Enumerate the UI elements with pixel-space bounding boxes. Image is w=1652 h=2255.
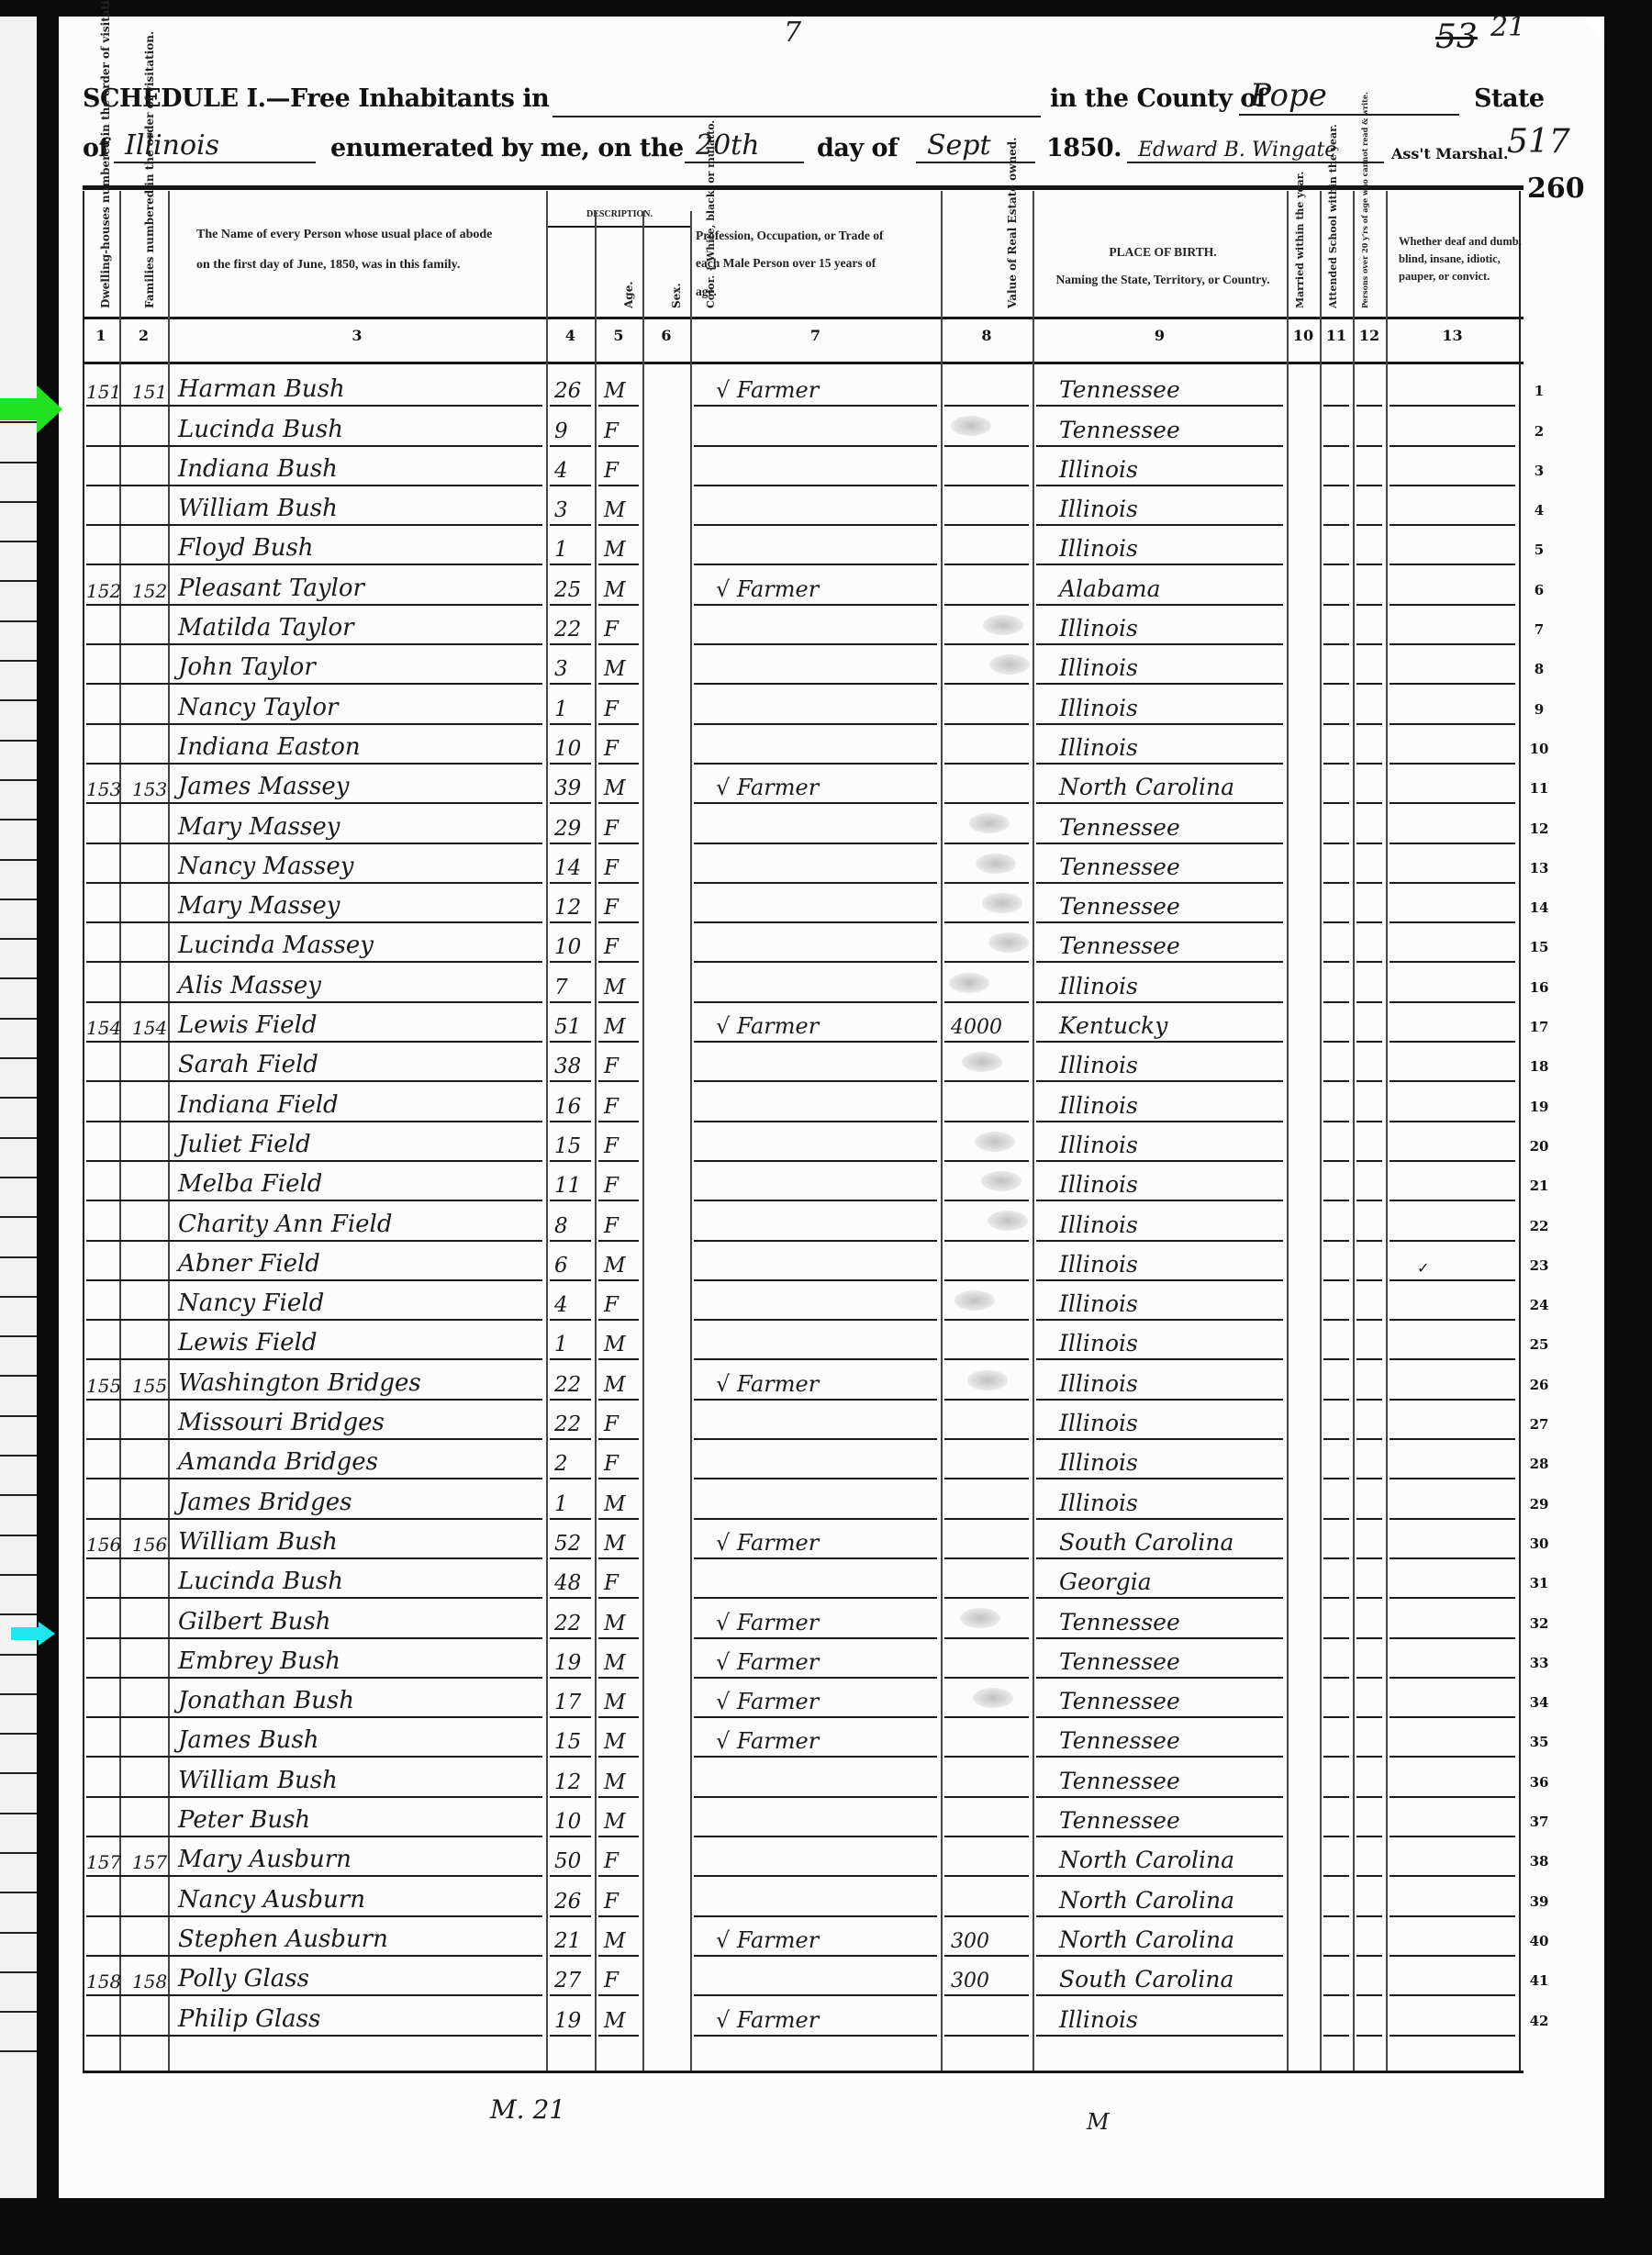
person-sex: F: [604, 935, 619, 959]
person-name: Abner Field: [178, 1250, 320, 1278]
census-row: Stephen Ausburn21M√ Farmer300North Carol…: [59, 1917, 1604, 1957]
birthplace: Illinois: [1059, 654, 1138, 681]
census-row: Embrey Bush19M√ FarmerTennessee33: [59, 1639, 1604, 1679]
person-name: Nancy Massey: [178, 853, 353, 880]
family-number: 158: [132, 1970, 167, 1993]
day-field: 20th: [685, 130, 804, 163]
person-sex: F: [604, 698, 619, 721]
family-number: 154: [132, 1017, 167, 1039]
family-number: 153: [132, 778, 167, 800]
census-row: 151151Harman Bush26M√ FarmerTennessee1: [59, 367, 1604, 407]
line-number: 15: [1525, 939, 1553, 955]
census-row: Nancy Taylor1FIllinois9: [59, 685, 1604, 724]
binding-line: [0, 662, 37, 701]
binding-line: [0, 821, 37, 860]
birthplace: Illinois: [1059, 615, 1138, 642]
scan-smudge: [949, 973, 989, 993]
person-sex: M: [604, 1691, 626, 1714]
scan-smudge: [960, 1608, 1000, 1628]
person-name: William Bush: [178, 1767, 338, 1794]
birthplace: Tennessee: [1059, 1609, 1180, 1635]
col-name-header: The Name of every Person whose usual pla…: [196, 220, 508, 281]
family-number: 151: [132, 381, 167, 403]
census-row: Lucinda Bush9FTennessee2: [59, 407, 1604, 446]
binding-line: [0, 1735, 37, 1774]
census-row: Lewis Field1MIllinois25: [59, 1321, 1604, 1360]
person-age: 51: [554, 1015, 581, 1039]
column-number: 9: [1032, 327, 1287, 344]
binding-line: [0, 503, 37, 542]
person-sex: M: [604, 976, 626, 999]
person-sex: M: [604, 1492, 626, 1516]
person-age: 1: [554, 1492, 568, 1516]
person-age: 3: [554, 498, 568, 522]
bottom-right-mark: M: [1087, 2109, 1110, 2135]
census-row: 152152Pleasant Taylor25M√ FarmerAlabama6: [59, 566, 1604, 606]
birthplace: Tennessee: [1059, 1648, 1180, 1675]
person-age: 9: [554, 419, 568, 443]
census-row: Melba Field11FIllinois21: [59, 1162, 1604, 1201]
census-row: Gilbert Bush22M√ FarmerTennessee32: [59, 1599, 1604, 1638]
person-name: James Massey: [178, 773, 349, 800]
scan-border-right: [1604, 0, 1652, 2255]
scan-border-bottom: [0, 2198, 1652, 2255]
family-number: 157: [132, 1851, 167, 1873]
column-number: 4: [546, 327, 595, 344]
person-sex: F: [604, 1849, 619, 1873]
binding-line: [0, 1337, 37, 1377]
census-row: Missouri Bridges22FIllinois27: [59, 1401, 1604, 1440]
line-number: 28: [1525, 1456, 1553, 1472]
birthplace: Tennessee: [1059, 1807, 1180, 1834]
census-row: Sarah Field38FIllinois18: [59, 1043, 1604, 1082]
census-row: William Bush12MTennessee36: [59, 1758, 1604, 1798]
census-row: Jonathan Bush17M√ FarmerTennessee34: [59, 1679, 1604, 1718]
binding-line: [0, 1854, 37, 1893]
person-name: Polly Glass: [178, 1965, 309, 1993]
column-number: 7: [690, 327, 941, 344]
census-row: Mary Massey12FTennessee14: [59, 884, 1604, 923]
binding-line: [0, 1377, 37, 1416]
binding-line: [0, 1298, 37, 1337]
person-sex: M: [604, 1333, 626, 1356]
scan-smudge: [983, 615, 1023, 635]
row-rule: [944, 2035, 1029, 2037]
line-number: 31: [1525, 1575, 1553, 1591]
person-sex: M: [604, 1612, 626, 1635]
person-sex: F: [604, 1969, 619, 1993]
birthplace: Tennessee: [1059, 893, 1180, 920]
year-label: 1850.: [1046, 134, 1122, 162]
binding-line: [0, 1973, 37, 2013]
person-name: Indiana Field: [178, 1091, 339, 1119]
person-age: 1: [554, 538, 568, 562]
binding-line: [0, 1178, 37, 1218]
binding-line: [0, 1020, 37, 1059]
person-age: 16: [554, 1095, 581, 1119]
birthplace: Illinois: [1059, 1449, 1138, 1476]
binding-line: [0, 1814, 37, 1854]
column-number: 2: [119, 327, 168, 344]
line-number: 6: [1525, 582, 1553, 598]
stamp-number: 260: [1527, 173, 1585, 205]
person-occupation: √ Farmer: [716, 2007, 819, 2033]
person-sex: M: [604, 498, 626, 522]
birthplace: Illinois: [1059, 1290, 1138, 1317]
census-row: Mary Massey29FTennessee12: [59, 804, 1604, 843]
line-number: 22: [1525, 1218, 1553, 1234]
person-sex: M: [604, 1810, 626, 1834]
person-sex: F: [604, 618, 619, 642]
dwelling-number: 151: [86, 381, 121, 403]
column-number: 11: [1320, 327, 1353, 344]
line-number: 12: [1525, 821, 1553, 837]
census-row: 153153James Massey39M√ FarmerNorth Carol…: [59, 765, 1604, 804]
binding-line: [0, 1893, 37, 1933]
line-number: 23: [1525, 1257, 1553, 1274]
person-sex: F: [604, 1214, 619, 1238]
binding-line: [0, 861, 37, 900]
line-number: 19: [1525, 1099, 1553, 1115]
person-sex: M: [604, 2009, 626, 2033]
person-age: 15: [554, 1134, 581, 1158]
birthplace: Illinois: [1059, 535, 1138, 562]
scan-smudge: [967, 1370, 1008, 1390]
birthplace: Tennessee: [1059, 417, 1180, 443]
binding-line: [0, 1457, 37, 1496]
person-name: Gilbert Bush: [178, 1608, 331, 1635]
binding-line: [0, 1258, 37, 1298]
real-estate-value: 300: [951, 1970, 989, 1993]
dwelling-number: 156: [86, 1534, 121, 1556]
county-field: Pope: [1239, 83, 1459, 116]
birthplace: Tennessee: [1059, 932, 1180, 959]
birthplace: Illinois: [1059, 1410, 1138, 1436]
line-number: 7: [1525, 621, 1553, 638]
state-value: Illinois: [125, 129, 219, 162]
corner-page-number: 21: [1490, 11, 1525, 43]
bottom-note: M. 21: [490, 2094, 565, 2125]
person-age: 14: [554, 856, 581, 880]
person-age: 4: [554, 459, 568, 483]
person-sex: M: [604, 1770, 626, 1794]
person-name: James Bush: [178, 1726, 319, 1754]
person-occupation: √ Farmer: [716, 1728, 819, 1754]
binding-line: [0, 1139, 37, 1178]
person-name: Floyd Bush: [178, 534, 314, 562]
binding-line: [0, 1496, 37, 1535]
person-name: Peter Bush: [178, 1806, 310, 1834]
line-number: 40: [1525, 1933, 1553, 1949]
census-row: 155155Washington Bridges22M√ FarmerIllin…: [59, 1361, 1604, 1401]
person-name: Charity Ann Field: [178, 1211, 393, 1238]
binding-line: [0, 1774, 37, 1814]
row-rule: [1323, 2035, 1349, 2037]
person-name: Nancy Taylor: [178, 694, 338, 721]
scan-smudge: [988, 932, 1029, 953]
person-occupation: √ Farmer: [716, 1530, 819, 1556]
scan-smudge: [969, 813, 1010, 833]
county-label: in the County of: [1050, 84, 1267, 113]
person-sex: M: [604, 657, 626, 681]
person-sex: M: [604, 578, 626, 602]
person-age: 8: [554, 1214, 568, 1238]
person-sex: M: [604, 1373, 626, 1397]
scan-smudge: [976, 854, 1016, 874]
person-age: 22: [554, 1412, 581, 1436]
dwelling-number: 153: [86, 778, 121, 800]
census-row: John Taylor3MIllinois8: [59, 645, 1604, 685]
person-age: 22: [554, 1612, 581, 1635]
person-name: Lucinda Massey: [178, 932, 374, 959]
col-condition-header: Whether deaf and dumb, blind, insane, id…: [1399, 233, 1523, 285]
line-number: 17: [1525, 1019, 1553, 1035]
census-row: Indiana Bush4FIllinois3: [59, 447, 1604, 486]
person-name: John Taylor: [178, 653, 316, 681]
person-occupation: √ Farmer: [716, 377, 819, 403]
birthplace: North Carolina: [1059, 774, 1234, 800]
person-name: Sarah Field: [178, 1051, 318, 1078]
line-number: 34: [1525, 1694, 1553, 1711]
person-age: 27: [554, 1969, 581, 1993]
binding-line: [0, 1099, 37, 1138]
birthplace: Tennessee: [1059, 1688, 1180, 1714]
person-age: 4: [554, 1293, 568, 1317]
census-row: Lucinda Massey10FTennessee15: [59, 923, 1604, 963]
person-sex: F: [604, 1571, 619, 1595]
column-number-rule: [83, 362, 1524, 364]
person-sex: F: [604, 1095, 619, 1119]
description-rule: [546, 226, 691, 228]
real-estate-value: 300: [951, 1930, 989, 1953]
birthplace: Illinois: [1059, 2006, 1138, 2033]
line-number: 9: [1525, 701, 1553, 718]
dwelling-number: 155: [86, 1375, 121, 1397]
person-sex: F: [604, 419, 619, 443]
line-number: 8: [1525, 661, 1553, 677]
margin-page-number: 517: [1507, 123, 1570, 161]
person-name: Lucinda Bush: [178, 416, 343, 443]
binding-line: [0, 463, 37, 503]
person-age: 3: [554, 657, 568, 681]
column-number: 8: [941, 327, 1032, 344]
column-number: 1: [83, 327, 119, 344]
person-name: Amanda Bridges: [178, 1448, 378, 1476]
dwelling-number: 157: [86, 1851, 121, 1873]
census-row: Matilda Taylor22FIllinois7: [59, 606, 1604, 645]
birthplace: Tennessee: [1059, 376, 1180, 403]
column-number: 5: [595, 327, 642, 344]
county-value: Pope: [1250, 77, 1327, 114]
col-sex-header: Sex.: [670, 283, 684, 308]
person-name: Nancy Field: [178, 1289, 324, 1317]
person-sex: F: [604, 896, 619, 920]
binding-line: [0, 979, 37, 1019]
birthplace: Illinois: [1059, 1052, 1138, 1078]
census-row: Lucinda Bush48FGeorgia31: [59, 1559, 1604, 1599]
header-rule: [83, 185, 1524, 190]
enumerated-label: enumerated by me, on the: [330, 134, 684, 162]
person-name: Jonathan Bush: [178, 1687, 354, 1714]
binding-line: [0, 900, 37, 940]
person-sex: M: [604, 538, 626, 562]
person-sex: M: [604, 1254, 626, 1278]
person-sex: F: [604, 1452, 619, 1476]
person-age: 39: [554, 776, 581, 800]
person-age: 12: [554, 1770, 581, 1794]
census-row: Indiana Field16FIllinois19: [59, 1082, 1604, 1122]
header-bottom-rule: [83, 317, 1524, 319]
person-age: 29: [554, 817, 581, 841]
line-number: 18: [1525, 1058, 1553, 1075]
binding-line: [0, 2013, 37, 2052]
birthplace: Illinois: [1059, 1211, 1138, 1238]
census-row: Charity Ann Field8FIllinois22: [59, 1201, 1604, 1241]
binding-line: [0, 781, 37, 821]
person-name: Stephen Ausburn: [178, 1926, 388, 1953]
person-age: 10: [554, 1810, 581, 1834]
person-age: 1: [554, 1333, 568, 1356]
person-occupation: √ Farmer: [716, 1013, 819, 1039]
scan-smudge: [954, 1290, 995, 1311]
person-age: 26: [554, 1890, 581, 1914]
birthplace: Illinois: [1059, 1251, 1138, 1278]
line-number: 27: [1525, 1416, 1553, 1433]
census-row: Nancy Massey14FTennessee13: [59, 844, 1604, 884]
dwelling-number: 152: [86, 580, 121, 602]
person-name: Pleasant Taylor: [178, 575, 364, 602]
line-number: 14: [1525, 899, 1553, 916]
scan-smudge: [988, 1211, 1028, 1231]
scan-smudge: [975, 1132, 1015, 1152]
person-age: 22: [554, 618, 581, 642]
person-age: 22: [554, 1373, 581, 1397]
birthplace: Illinois: [1059, 973, 1138, 999]
state-label: State: [1474, 84, 1545, 113]
birthplace: Illinois: [1059, 1092, 1138, 1119]
census-row: 158158Polly Glass27F300South Carolina41: [59, 1957, 1604, 1996]
struck-page-number: 53: [1435, 18, 1478, 56]
family-number: 152: [132, 580, 167, 602]
person-name: Philip Glass: [178, 2005, 320, 2033]
binding-bar: [37, 17, 59, 2201]
binding-ruled-lines: [0, 384, 37, 2052]
binding-line: [0, 1934, 37, 1973]
person-occupation: √ Farmer: [716, 1927, 819, 1953]
binding-line: [0, 582, 37, 621]
birthplace: Tennessee: [1059, 1727, 1180, 1754]
birthplace: Georgia: [1059, 1568, 1152, 1595]
binding-line: [0, 1656, 37, 1695]
person-sex: F: [604, 1412, 619, 1436]
person-age: 17: [554, 1691, 581, 1714]
condition-check: ✓: [1417, 1259, 1429, 1278]
marshal-signature: Edward B. Wingate: [1138, 139, 1336, 162]
person-age: 21: [554, 1929, 581, 1953]
person-name: Lucinda Bush: [178, 1568, 343, 1595]
cyan-arrow-icon: [11, 1622, 57, 1646]
line-number: 11: [1525, 780, 1553, 797]
binding-line: [0, 940, 37, 979]
person-name: Indiana Bush: [178, 455, 338, 483]
census-row: Juliet Field15FIllinois20: [59, 1122, 1604, 1162]
person-name: Missouri Bridges: [178, 1409, 385, 1436]
person-age: 7: [554, 976, 568, 999]
census-row: James Bush15M√ FarmerTennessee35: [59, 1718, 1604, 1758]
person-age: 48: [554, 1571, 581, 1595]
birthplace-subtitle: Naming the State, Territory, or Country.: [1039, 266, 1287, 294]
birthplace: Illinois: [1059, 1490, 1138, 1516]
col-married-header: Married within the year.: [1294, 203, 1307, 308]
scan-smudge: [962, 1052, 1002, 1072]
person-name: Alis Massey: [178, 972, 321, 999]
census-row: Philip Glass19M√ FarmerIllinois42: [59, 1996, 1604, 2036]
birthplace: Illinois: [1059, 1370, 1138, 1397]
person-age: 11: [554, 1174, 581, 1198]
birthplace: Tennessee: [1059, 814, 1180, 841]
person-age: 10: [554, 737, 581, 761]
person-name: Matilda Taylor: [178, 614, 354, 642]
birthplace: Illinois: [1059, 456, 1138, 483]
person-name: William Bush: [178, 495, 338, 522]
birthplace: Illinois: [1059, 734, 1138, 761]
person-sex: M: [604, 1532, 626, 1556]
census-row: Abner Field6MIllinois✓23: [59, 1242, 1604, 1281]
birthplace: Kentucky: [1059, 1012, 1167, 1039]
census-row: William Bush3MIllinois4: [59, 486, 1604, 526]
family-number: 156: [132, 1534, 167, 1556]
month-value: Sept: [927, 129, 991, 162]
person-name: Lewis Field: [178, 1329, 318, 1356]
person-sex: F: [604, 1055, 619, 1078]
binding-line: [0, 701, 37, 741]
person-occupation: √ Farmer: [716, 1689, 819, 1714]
birthplace: Tennessee: [1059, 854, 1180, 880]
line-number: 21: [1525, 1178, 1553, 1194]
birthplace: South Carolina: [1059, 1966, 1233, 1993]
person-name: Indiana Easton: [178, 733, 361, 761]
row-rule: [550, 2035, 591, 2037]
person-age: 25: [554, 578, 581, 602]
line-number: 25: [1525, 1336, 1553, 1353]
line-number: 13: [1525, 860, 1553, 876]
person-sex: M: [604, 776, 626, 800]
birthplace: Illinois: [1059, 1132, 1138, 1158]
birthplace: Illinois: [1059, 496, 1138, 522]
person-name: Mary Massey: [178, 892, 340, 920]
person-name: Lewis Field: [178, 1011, 318, 1039]
person-age: 10: [554, 935, 581, 959]
column-number: 13: [1386, 327, 1519, 344]
scan-smudge: [981, 1171, 1021, 1191]
binding-line: [0, 1218, 37, 1257]
person-age: 26: [554, 379, 581, 403]
person-sex: M: [604, 379, 626, 403]
binding-line: [0, 542, 37, 582]
birthplace-title: PLACE OF BIRTH.: [1039, 239, 1287, 266]
top-pencil-note: 7: [784, 17, 801, 49]
row-rule: [1036, 2035, 1283, 2037]
row-rule: [598, 2035, 639, 2037]
census-row: James Bridges1MIllinois29: [59, 1479, 1604, 1519]
line-number: 39: [1525, 1893, 1553, 1910]
real-estate-value: 4000: [951, 1016, 1002, 1039]
census-row: 156156William Bush52M√ FarmerSouth Carol…: [59, 1520, 1604, 1559]
line-number: 24: [1525, 1297, 1553, 1313]
census-row: Alis Massey7MIllinois16: [59, 964, 1604, 1003]
column-number: 10: [1287, 327, 1320, 344]
person-age: 50: [554, 1849, 581, 1873]
